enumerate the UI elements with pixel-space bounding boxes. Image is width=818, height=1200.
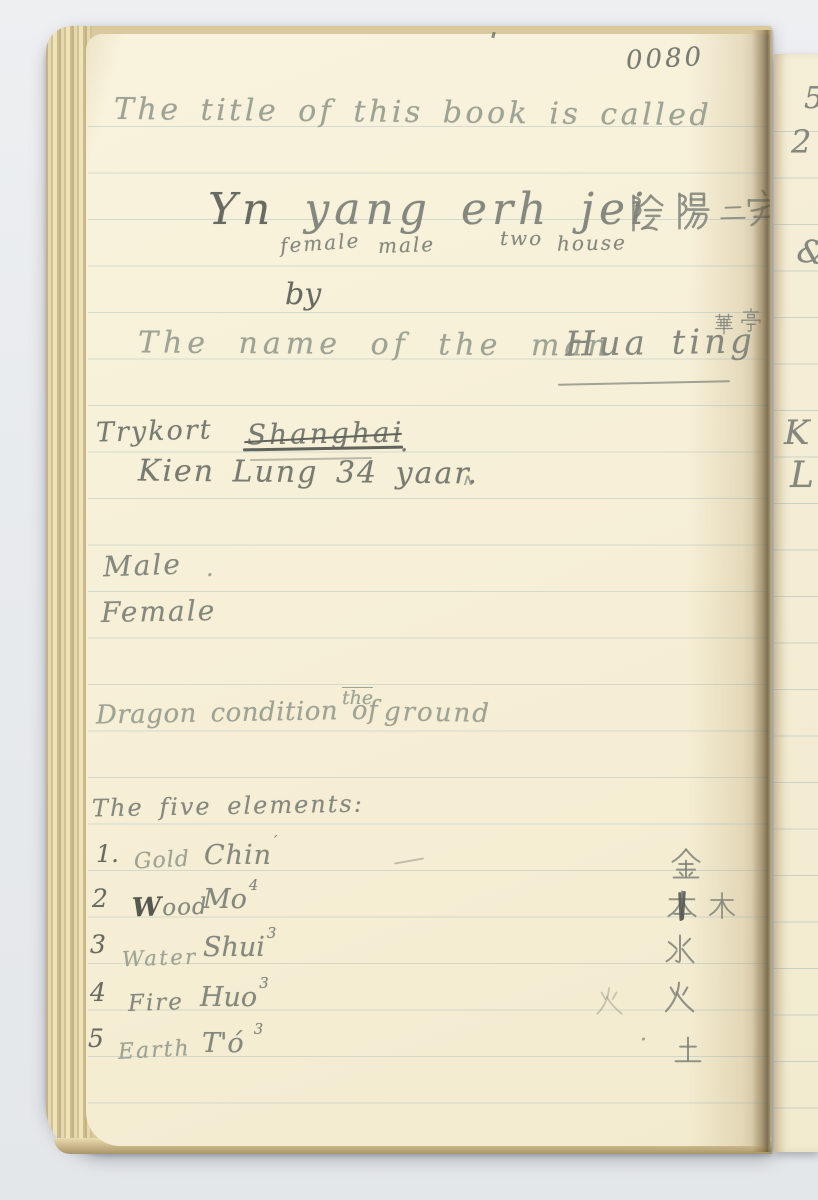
hanzi-ben-struck-glyph [664, 888, 700, 924]
author-name-underline [558, 380, 730, 386]
title-intro-line: The title of this book is called [114, 95, 713, 131]
dragon-line-inserted-word: the [342, 687, 373, 708]
date-line: Kien Lung 34 yaar. [138, 457, 479, 490]
next-page-fragment-4: K [784, 416, 809, 450]
hanzi-jin-glyph [668, 846, 704, 882]
page-ink-layer: 0080 The title of this book is called Yn… [0, 0, 818, 1200]
earth-row-dot: · [640, 1030, 647, 1052]
gloss-female: female [279, 230, 361, 256]
caret-mark: ∧ [462, 472, 474, 488]
element-5-roman-text: T'ó [202, 1028, 244, 1059]
hanzi-yin-glyph [622, 190, 668, 236]
element-3-romanization: Shui3 [203, 934, 276, 961]
hanzi-huo-faint-glyph [592, 984, 626, 1018]
next-page-fragment-3: & [795, 234, 818, 270]
element-5-name: Earth [117, 1038, 191, 1064]
element-3-name: Water [122, 947, 198, 971]
element-1-number: 1. [96, 842, 119, 866]
gutter-fold-shadow [752, 30, 774, 1152]
hanzi-mu-glyph [706, 890, 738, 922]
gloss-house: house [557, 232, 627, 253]
element-2-name-rest: ood [162, 894, 208, 922]
female-label: Female [101, 597, 217, 627]
hanzi-huo-glyph [660, 978, 698, 1016]
element-2-roman-text: Mo [203, 884, 247, 915]
element-5-romanization: T'ó3 [202, 1030, 263, 1057]
element-4-number: 4 [90, 980, 106, 1005]
element-4-romanization: Huo3 [200, 984, 269, 1011]
imprint-period: . [400, 430, 408, 456]
next-page-ruled-lines [774, 131, 818, 1131]
element-1-name: Gold [133, 849, 190, 874]
element-2-name: Wood [132, 893, 208, 922]
element-3-tone: 3 [267, 924, 276, 942]
notebook-photo: 0080 The title of this book is called Yn… [0, 0, 818, 1200]
element-1-roman-text: Chin [204, 840, 272, 871]
male-label: Male [103, 551, 183, 582]
five-elements-header: The five elements: [92, 792, 364, 821]
stray-pencil-dash [394, 857, 424, 864]
title-words-rest: yang erh jei [275, 184, 649, 235]
element-1-tone: ′ [274, 832, 278, 850]
element-2-number: 2 [92, 886, 108, 911]
element-2-name-initial: W [131, 892, 162, 923]
element-2-romanization: Mo4 [203, 886, 258, 913]
hanzi-yang-glyph [668, 188, 714, 234]
author-prefix: The name of the man [138, 328, 612, 361]
hanzi-shui-glyph [662, 932, 698, 968]
male-dot: . [206, 556, 214, 580]
book-title-romanized: Yn yang erh jei [208, 188, 649, 232]
gloss-male: male [378, 234, 436, 256]
dragon-line-suffix: ground [384, 699, 491, 727]
element-3-number: 3 [90, 932, 106, 957]
element-4-roman-text: Huo [200, 982, 257, 1013]
imprint-place-label: Trykort [96, 416, 213, 446]
element-2-tone: 4 [249, 876, 258, 894]
element-5-number: 5 [88, 1026, 104, 1051]
title-word-yn: Yn [208, 184, 275, 235]
element-3-roman-text: Shui [203, 932, 265, 963]
hanzi-tu-glyph [670, 1032, 706, 1068]
byline: by [285, 280, 321, 310]
element-1-romanization: Chin′ [204, 842, 278, 869]
hanzi-hua-glyph [712, 312, 736, 336]
next-page-fragment-1: 5 [804, 84, 818, 114]
element-4-tone: 3 [259, 974, 268, 992]
page-number: 0080 [625, 44, 704, 74]
gloss-two: two [500, 228, 543, 248]
next-page-fragment-5: L [790, 458, 814, 494]
dragon-line-prefix: Dragon condition of [96, 698, 379, 729]
element-4-name: Fire [128, 991, 185, 1016]
element-5-tone: 3 [254, 1020, 263, 1038]
next-page-fragment-2: 2 [791, 126, 811, 158]
